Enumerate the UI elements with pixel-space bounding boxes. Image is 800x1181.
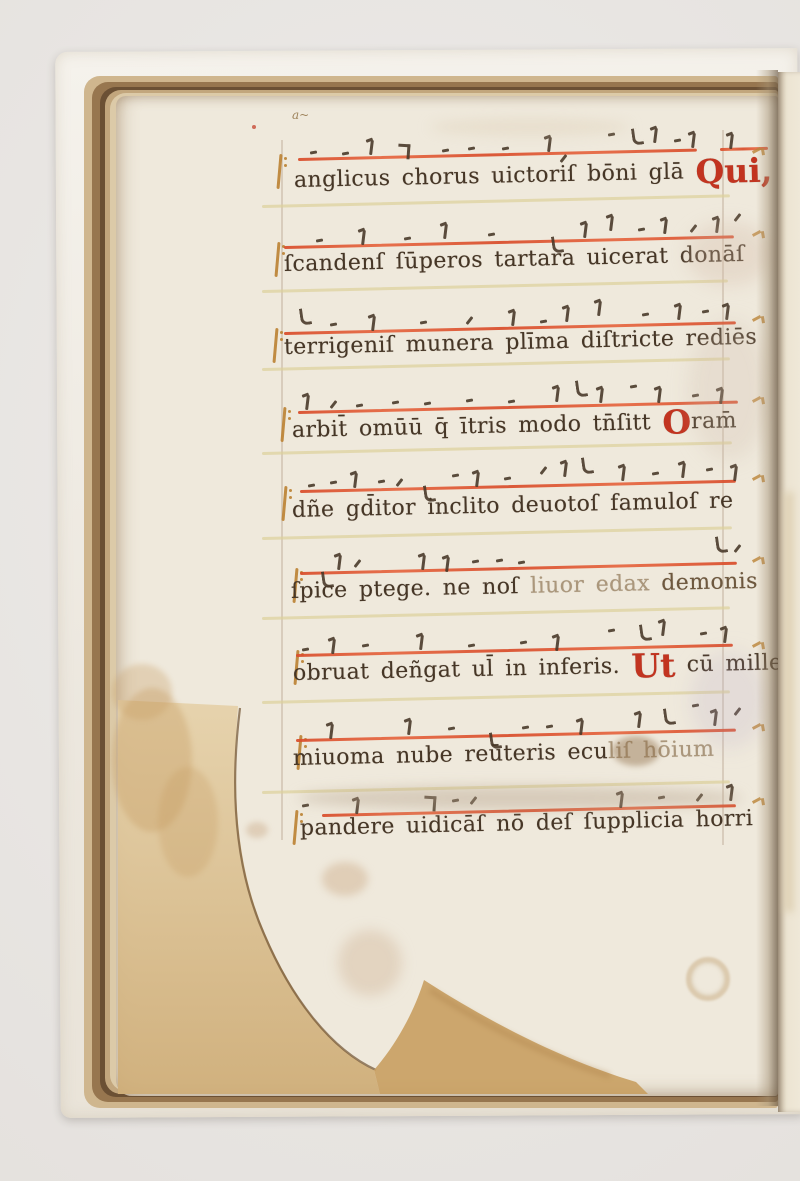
manuscript-page <box>116 96 778 1096</box>
facing-page-edge <box>778 72 800 1112</box>
photo-background: anglicus chorus uictoriſ bōni glā Qui,ſc… <box>0 0 800 1181</box>
gutter-shadow <box>756 70 778 1106</box>
